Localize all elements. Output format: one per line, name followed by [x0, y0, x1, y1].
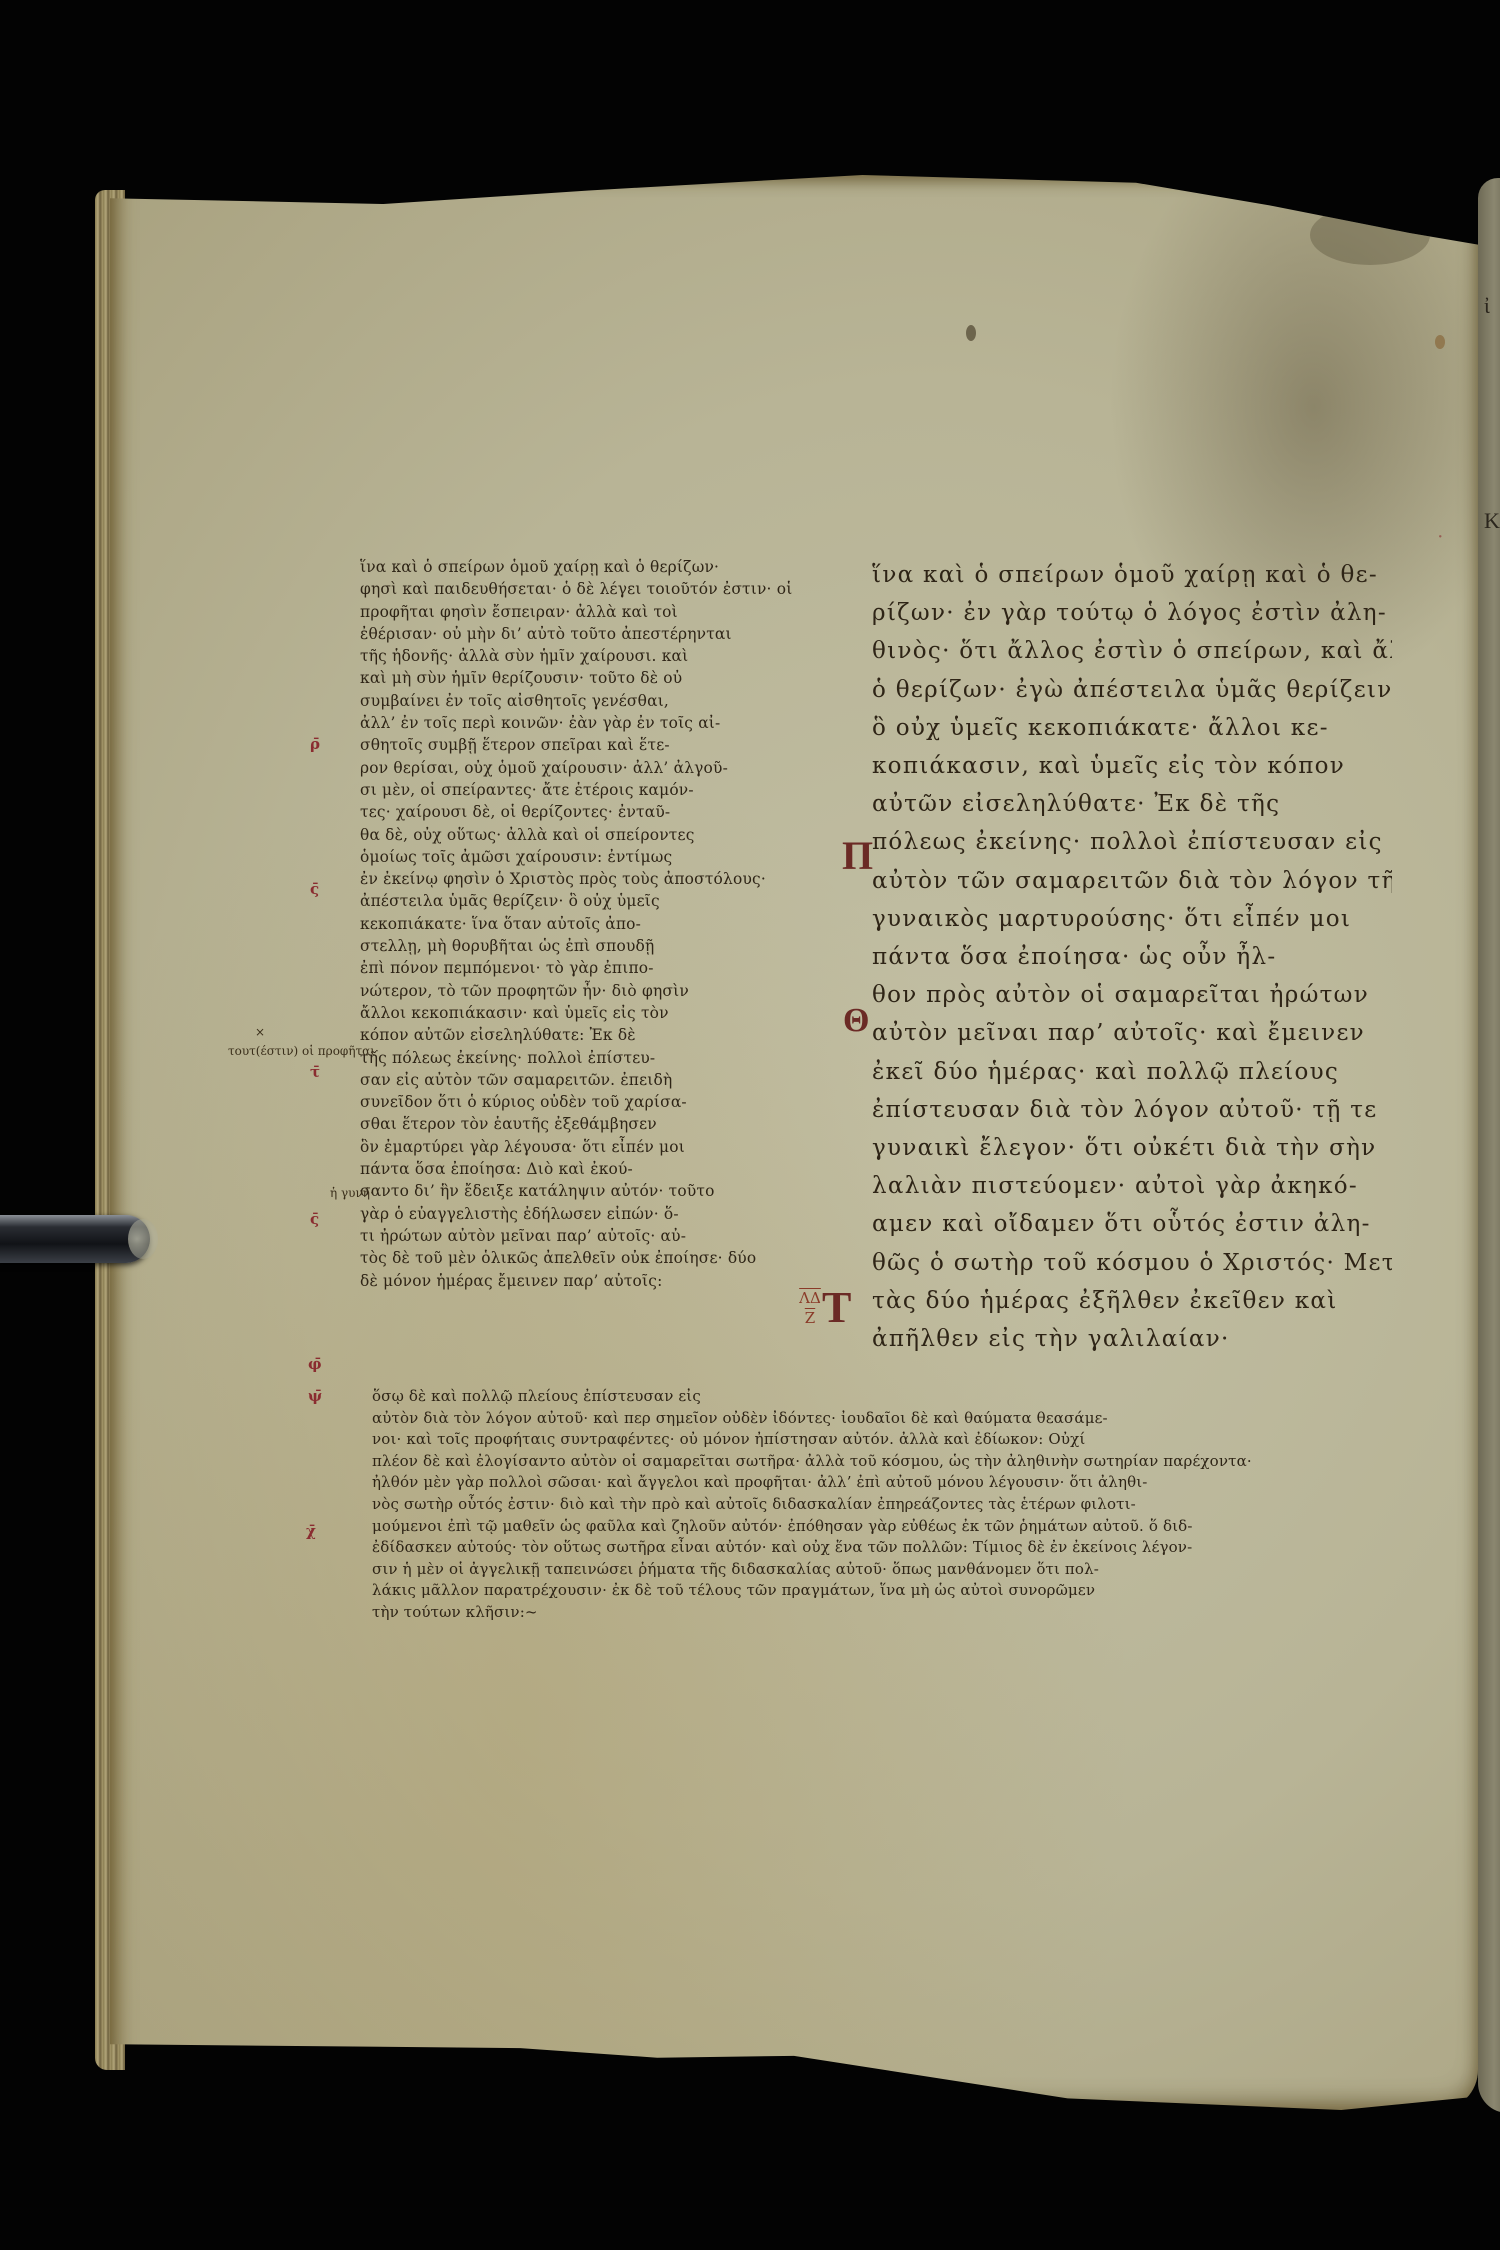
bottom-line: τὴν τούτων κλῆσιν:~	[372, 1602, 1392, 1624]
gospel-line: θινὸς· ὅτι ἄλλος ἐστὶν ὁ σπείρων, καὶ ἄλ…	[872, 632, 1392, 670]
commentary-line: στελλῃ, μὴ θορυβῆται ὡς ἐπὶ σπουδῇ	[360, 935, 800, 957]
bottom-line: σιν ἡ μὲν οἱ ἀγγελικῇ ταπεινώσει ῥήματα …	[372, 1559, 1392, 1581]
commentary-line: ἀλλ’ ἐν τοῖς περὶ κοινῶν· ἐὰν γὰρ ἐν τοῖ…	[360, 712, 800, 734]
bottom-line: νοι· καὶ τοῖς προφήταις συντραφέντες· οὐ…	[372, 1429, 1392, 1451]
commentary-line: τῆς ἡδονῆς· ἀλλὰ σὺν ἡμῖν χαίρουσι. καὶ	[360, 645, 800, 667]
commentary-line: γὰρ ὁ εὐαγγελιστὴς ἐδήλωσεν εἰπών· ὅ-	[360, 1203, 800, 1225]
commentary-line: ἀπέστειλα ὑμᾶς θερίζειν· ὃ οὐχ ὑμεῖς	[360, 890, 800, 912]
commentary-line: δὲ μόνον ἡμέρας ἔμεινεν παρ’ αὐτοῖς:	[360, 1270, 800, 1292]
commentary-line: συνεῖδον ὅτι ὁ κύριος οὐδὲν τοῦ χαρίσα-	[360, 1091, 800, 1113]
gospel-line: ρίζων· ἐν γὰρ τούτῳ ὁ λόγος ἐστὶν ἀλη-	[872, 594, 1392, 632]
ink-spot	[966, 325, 976, 341]
commentary-line: τες· χαίρουσι δὲ, οἱ θερίζοντες· ἐνταῦ-	[360, 801, 800, 823]
bottom-line: ἠλθόν μὲν γὰρ πολλοὶ σῶσαι· καὶ ἄγγελοι …	[372, 1472, 1392, 1494]
canon-table: Ζ	[790, 1308, 830, 1328]
canon-section: ΛΔ	[790, 1288, 830, 1308]
commentary-line: συμβαίνει ἐν τοῖς αἰσθητοῖς γενέσθαι,	[360, 690, 800, 712]
gospel-line: αὐτὸν μεῖναι παρ’ αὐτοῖς· καὶ ἔμεινεν	[872, 1014, 1392, 1052]
bottom-line: ἐδίδασκεν αὐτούς· τὸν οὕτως σωτῆρα εἶναι…	[372, 1537, 1392, 1559]
bottom-line: αὐτὸν διὰ τὸν λόγον αὐτοῦ· καὶ περ σημεῖ…	[372, 1408, 1392, 1430]
gospel-line: ἵνα καὶ ὁ σπείρων ὁμοῦ χαίρῃ καὶ ὁ θε-	[872, 556, 1392, 594]
gospel-line: θῶς ὁ σωτὴρ τοῦ κόσμου ὁ Χριστός· Μετὰ δ…	[872, 1244, 1392, 1282]
margin-mark: τ̄	[310, 1063, 320, 1081]
commentary-line: σαν εἰς αὐτὸν τῶν σαμαρειτῶν. ἐπειδὴ	[360, 1069, 800, 1091]
commentary-line: κόπον αὐτῶν εἰσεληλύθατε: Ἐκ δὲ	[360, 1024, 800, 1046]
canon-numbers: ΛΔ Ζ	[790, 1288, 830, 1328]
initial-theta: Θ	[843, 1002, 869, 1040]
gospel-line: ἐπίστευσαν διὰ τὸν λόγον αὐτοῦ· τῇ τε	[872, 1091, 1392, 1129]
commentary-line: πάντα ὅσα ἐποίησα: Διὸ καὶ ἐκού-	[360, 1158, 800, 1180]
commentary-line: ρον θερίσαι, οὐχ ὁμοῦ χαίρουσιν· ἀλλ’ ἀλ…	[360, 757, 800, 779]
gospel-line: τὰς δύο ἡμέρας ἐξῆλθεν ἐκεῖθεν καὶ	[872, 1282, 1392, 1320]
gospel-line: αὐτῶν εἰσεληλύθατε· Ἐκ δὲ τῆς	[872, 785, 1392, 823]
commentary-line: θα δὲ, οὐχ οὕτως· ἀλλὰ καὶ οἱ σπείροντες	[360, 824, 800, 846]
commentary-line: ὁμοίως τοῖς ἀμῶσι χαίρουσιν: ἐντίμως	[360, 846, 800, 868]
gospel-line: πάντα ὅσα ἐποίησα· ὡς οὖν ἦλ-	[872, 938, 1392, 976]
bottom-line: λάκις μᾶλλον παρατρέχουσιν· ἐκ δὲ τοῦ τέ…	[372, 1580, 1392, 1602]
commentary-line: τι ἠρώτων αὐτὸν μεῖναι παρ’ αὐτοῖς· αὐ-	[360, 1225, 800, 1247]
gospel-line: ἀπῆλθεν εἰς τὴν γαλιλαίαν·	[872, 1320, 1392, 1358]
facing-page-glyph: K	[1484, 508, 1500, 534]
margin-mark: χ̄	[306, 1522, 316, 1540]
commentary-line: σι μὲν, οἱ σπείραντες· ἄτε ἑτέροις καμόν…	[360, 779, 800, 801]
commentary-line: ἵνα καὶ ὁ σπείρων ὁμοῦ χαίρῃ καὶ ὁ θερίζ…	[360, 556, 800, 578]
gospel-line: λαλιὰν πιστεύομεν· αὐτοὶ γὰρ ἀκηκό-	[872, 1167, 1392, 1205]
gospel-line: αμεν καὶ οἴδαμεν ὅτι οὗτός ἐστιν ἀλη-	[872, 1205, 1392, 1243]
margin-mark: ×	[255, 1025, 265, 1039]
margin-gloss: ἡ γυνή·	[330, 1186, 374, 1200]
commentary-line: ὃν ἐμαρτύρει γὰρ λέγουσα· ὅτι εἶπέν μοι	[360, 1136, 800, 1158]
gospel-line: γυναικὶ ἔλεγον· ὅτι οὐκέτι διὰ τὴν σὴν	[872, 1129, 1392, 1167]
commentary-line: ἐπὶ πόνον πεμπόμενοι· τὸ γὰρ ἐπιπο-	[360, 957, 800, 979]
gospel-line: ἐκεῖ δύο ἡμέρας· καὶ πολλῷ πλείους	[872, 1053, 1392, 1091]
commentary-line: σθαι ἕτερον τὸν ἑαυτῆς ἐξεθάμβησεν	[360, 1113, 800, 1135]
bottom-commentary: ὅσῳ δὲ καὶ πολλῷ πλείους ἐπίστευσαν εἰς …	[372, 1386, 1392, 1624]
bottom-line: ὅσῳ δὲ καὶ πολλῷ πλείους ἐπίστευσαν εἰς	[372, 1386, 1392, 1408]
commentary-line: κεκοπιάκατε· ἵνα ὅταν αὐτοῖς ἀπο-	[360, 913, 800, 935]
commentary-line: ἐθέρισαν· οὐ μὴν δι’ αὐτὸ τοῦτο ἀπεστέρη…	[360, 623, 800, 645]
initial-pi: Π	[842, 832, 873, 879]
ink-spot	[1435, 335, 1445, 349]
page-clip	[0, 1215, 150, 1263]
commentary-line: προφῆται φησὶν ἔσπειραν· ἀλλὰ καὶ τοὶ	[360, 601, 800, 623]
margin-gloss: τουτ(έστιν) οἱ προφῆται·	[228, 1044, 379, 1058]
facing-page-edge: ἰ K	[1478, 178, 1500, 2113]
gospel-column: ἵνα καὶ ὁ σπείρων ὁμοῦ χαίρῃ καὶ ὁ θε- ρ…	[872, 556, 1392, 1358]
facing-page-glyph: ἰ	[1484, 293, 1490, 319]
gospel-line: θον πρὸς αὐτὸν οἱ σαμαρεῖται ἠρώτων	[872, 976, 1392, 1014]
gospel-line: πόλεως ἐκείνης· πολλοὶ ἐπίστευσαν εἰς	[872, 823, 1392, 861]
margin-mark: φ̄	[308, 1355, 322, 1373]
right-margin-mark: ·	[1438, 530, 1443, 545]
commentary-line: σθητοῖς συμβῇ ἕτερον σπεῖραι καὶ ἕτε-	[360, 734, 800, 756]
commentary-line: τῆς πόλεως ἐκείνης· πολλοὶ ἐπίστευ-	[360, 1047, 800, 1069]
commentary-line: ἐν ἐκείνῳ φησὶν ὁ Χριστὸς πρὸς τοὺς ἀποσ…	[360, 868, 800, 890]
bottom-line: νὸς σωτὴρ οὗτός ἐστιν· διὸ καὶ τὴν πρὸ κ…	[372, 1494, 1392, 1516]
bottom-line: πλέον δὲ καὶ ἐλογίσαντο αὐτὸν οἱ σαμαρεῖ…	[372, 1451, 1392, 1473]
commentary-line: τὸς δὲ τοῦ μὲν ὁλικῶς ἀπελθεῖν οὐκ ἐποίη…	[360, 1247, 800, 1269]
gospel-line: αὐτὸν τῶν σαμαρειτῶν διὰ τὸν λόγον τῆς	[872, 862, 1392, 900]
commentary-line: ἄλλοι κεκοπιάκασιν· καὶ ὑμεῖς εἰς τὸν	[360, 1002, 800, 1024]
margin-mark: ρ̄	[310, 735, 320, 753]
margin-mark: ς̄	[310, 1210, 319, 1228]
bottom-line: μούμενοι ἐπὶ τῷ μαθεῖν ὡς φαῦλα καὶ ζηλο…	[372, 1516, 1392, 1538]
commentary-line: φησὶ καὶ παιδευθήσεται· ὁ δὲ λέγει τοιοῦ…	[360, 578, 800, 600]
commentary-line: καὶ μὴ σὺν ἡμῖν θερίζουσιν· τοῦτο δὲ οὐ	[360, 667, 800, 689]
gospel-line: γυναικὸς μαρτυρούσης· ὅτι εἶπέν μοι	[872, 900, 1392, 938]
commentary-line: νώτερον, τὸ τῶν προφητῶν ἦν· διὸ φησὶν	[360, 980, 800, 1002]
gospel-line: κοπιάκασιν, καὶ ὑμεῖς εἰς τὸν κόπον	[872, 747, 1392, 785]
gospel-line: ὁ θερίζων· ἐγὼ ἀπέστειλα ὑμᾶς θερίζειν.	[872, 671, 1392, 709]
commentary-column: ἵνα καὶ ὁ σπείρων ὁμοῦ χαίρῃ καὶ ὁ θερίζ…	[360, 556, 800, 1292]
commentary-line: σαντο δι’ ἣν ἔδειξε κατάληψιν αὐτόν· τοῦ…	[360, 1180, 800, 1202]
margin-mark: ψ̄	[308, 1387, 322, 1405]
margin-mark: ς̄	[310, 880, 319, 898]
gospel-line: ὃ οὐχ ὑμεῖς κεκοπιάκατε· ἄλλοι κε-	[872, 709, 1392, 747]
